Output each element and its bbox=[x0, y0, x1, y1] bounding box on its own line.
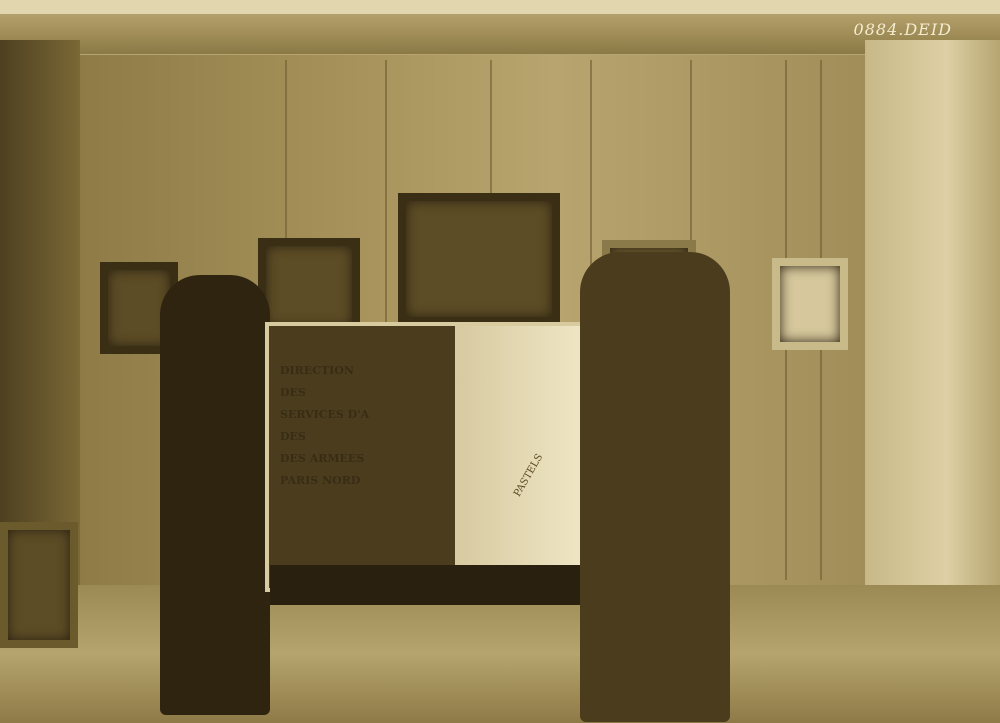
photo-top-border bbox=[0, 0, 1000, 14]
floor bbox=[0, 585, 1000, 723]
leaning-painting bbox=[0, 522, 78, 648]
man-left-carrying-crate bbox=[160, 275, 270, 715]
painting-frame bbox=[258, 238, 360, 334]
ceiling bbox=[0, 14, 1000, 54]
sepia-photograph: 0884.DEID DIRECTION DES SERVICES D'A DES… bbox=[0, 0, 1000, 723]
carrying-poles bbox=[270, 565, 610, 605]
man-right-carrying-crate bbox=[580, 252, 730, 722]
handwritten-caption: 0884.DEID bbox=[854, 20, 952, 39]
crate-stencil-text: DIRECTION DES SERVICES D'A DES DES ARMEE… bbox=[280, 360, 440, 492]
painting-frame bbox=[772, 258, 848, 350]
crate-side-panel bbox=[455, 326, 595, 582]
right-wall bbox=[865, 40, 1000, 680]
portrait-painting bbox=[398, 193, 560, 325]
